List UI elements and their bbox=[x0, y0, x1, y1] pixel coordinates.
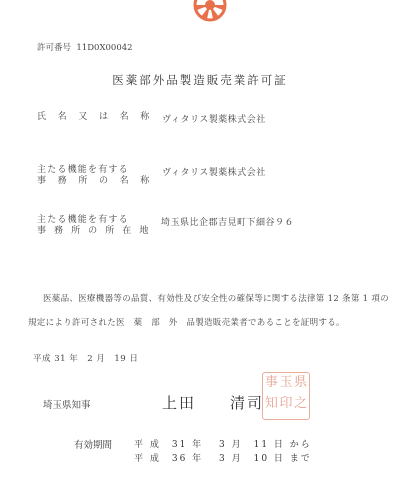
prefecture-emblem-icon bbox=[193, 0, 227, 22]
field-label-line: 事 務 所 の 名 称 bbox=[37, 176, 154, 187]
seal-char: 知 bbox=[264, 396, 279, 417]
permit-number-value: 11D0X00042 bbox=[76, 43, 132, 53]
permit-number-label: 許可番号 bbox=[37, 43, 71, 53]
certification-text-line-2: 規定により許可された医 薬 部 外 品製造販売業者であることを証明する。 bbox=[28, 316, 345, 328]
field-label-office-address: 主たる機能を有する 事 務 所 の 所 在 地 bbox=[37, 215, 151, 237]
seal-char: 事 bbox=[264, 375, 279, 396]
field-value-office-address: 埼玉県比企郡吉見町下細谷９６ bbox=[161, 215, 294, 228]
issue-date: 平成 31 年 2 月 19 日 bbox=[33, 352, 138, 364]
issuer-title: 埼玉県知事 bbox=[43, 397, 91, 411]
field-label-office-name: 主たる機能を有する 事 務 所 の 名 称 bbox=[37, 165, 154, 187]
validity-to: 平 成 36 年 3 月 10 日 まで bbox=[134, 451, 312, 464]
field-value-name: ヴィタリス製薬株式会社 bbox=[162, 112, 266, 125]
field-label-line: 氏 名 又 は 名 称 bbox=[37, 112, 154, 123]
field-label-line: 主たる機能を有する bbox=[37, 165, 154, 176]
document-title: 医薬部外品製造販売業許可証 bbox=[0, 72, 400, 88]
seal-char: 印 bbox=[279, 396, 294, 417]
seal-char: 玉 bbox=[279, 375, 294, 396]
field-label-line: 事 務 所 の 所 在 地 bbox=[37, 226, 151, 237]
certification-text-line-1: 医薬品、医療機器等の品質、有効性及び安全性の確保等に関する法律第 12 条第 1… bbox=[43, 292, 389, 304]
official-seal-icon: 事 玉 県 知 印 之 bbox=[262, 372, 310, 420]
field-label-name: 氏 名 又 は 名 称 bbox=[37, 112, 154, 123]
permit-number: 許可番号 11D0X00042 bbox=[37, 41, 133, 53]
seal-char: 県 bbox=[293, 375, 308, 396]
validity-period-label: 有効期間 bbox=[74, 437, 112, 451]
field-value-office-name: ヴィタリス製薬株式会社 bbox=[162, 165, 266, 178]
validity-from: 平 成 31 年 3 月 11 日 から bbox=[134, 437, 312, 450]
seal-char: 之 bbox=[293, 396, 308, 417]
issuer-signature: 上田 清司 bbox=[162, 392, 264, 413]
field-label-line: 主たる機能を有する bbox=[37, 215, 151, 226]
